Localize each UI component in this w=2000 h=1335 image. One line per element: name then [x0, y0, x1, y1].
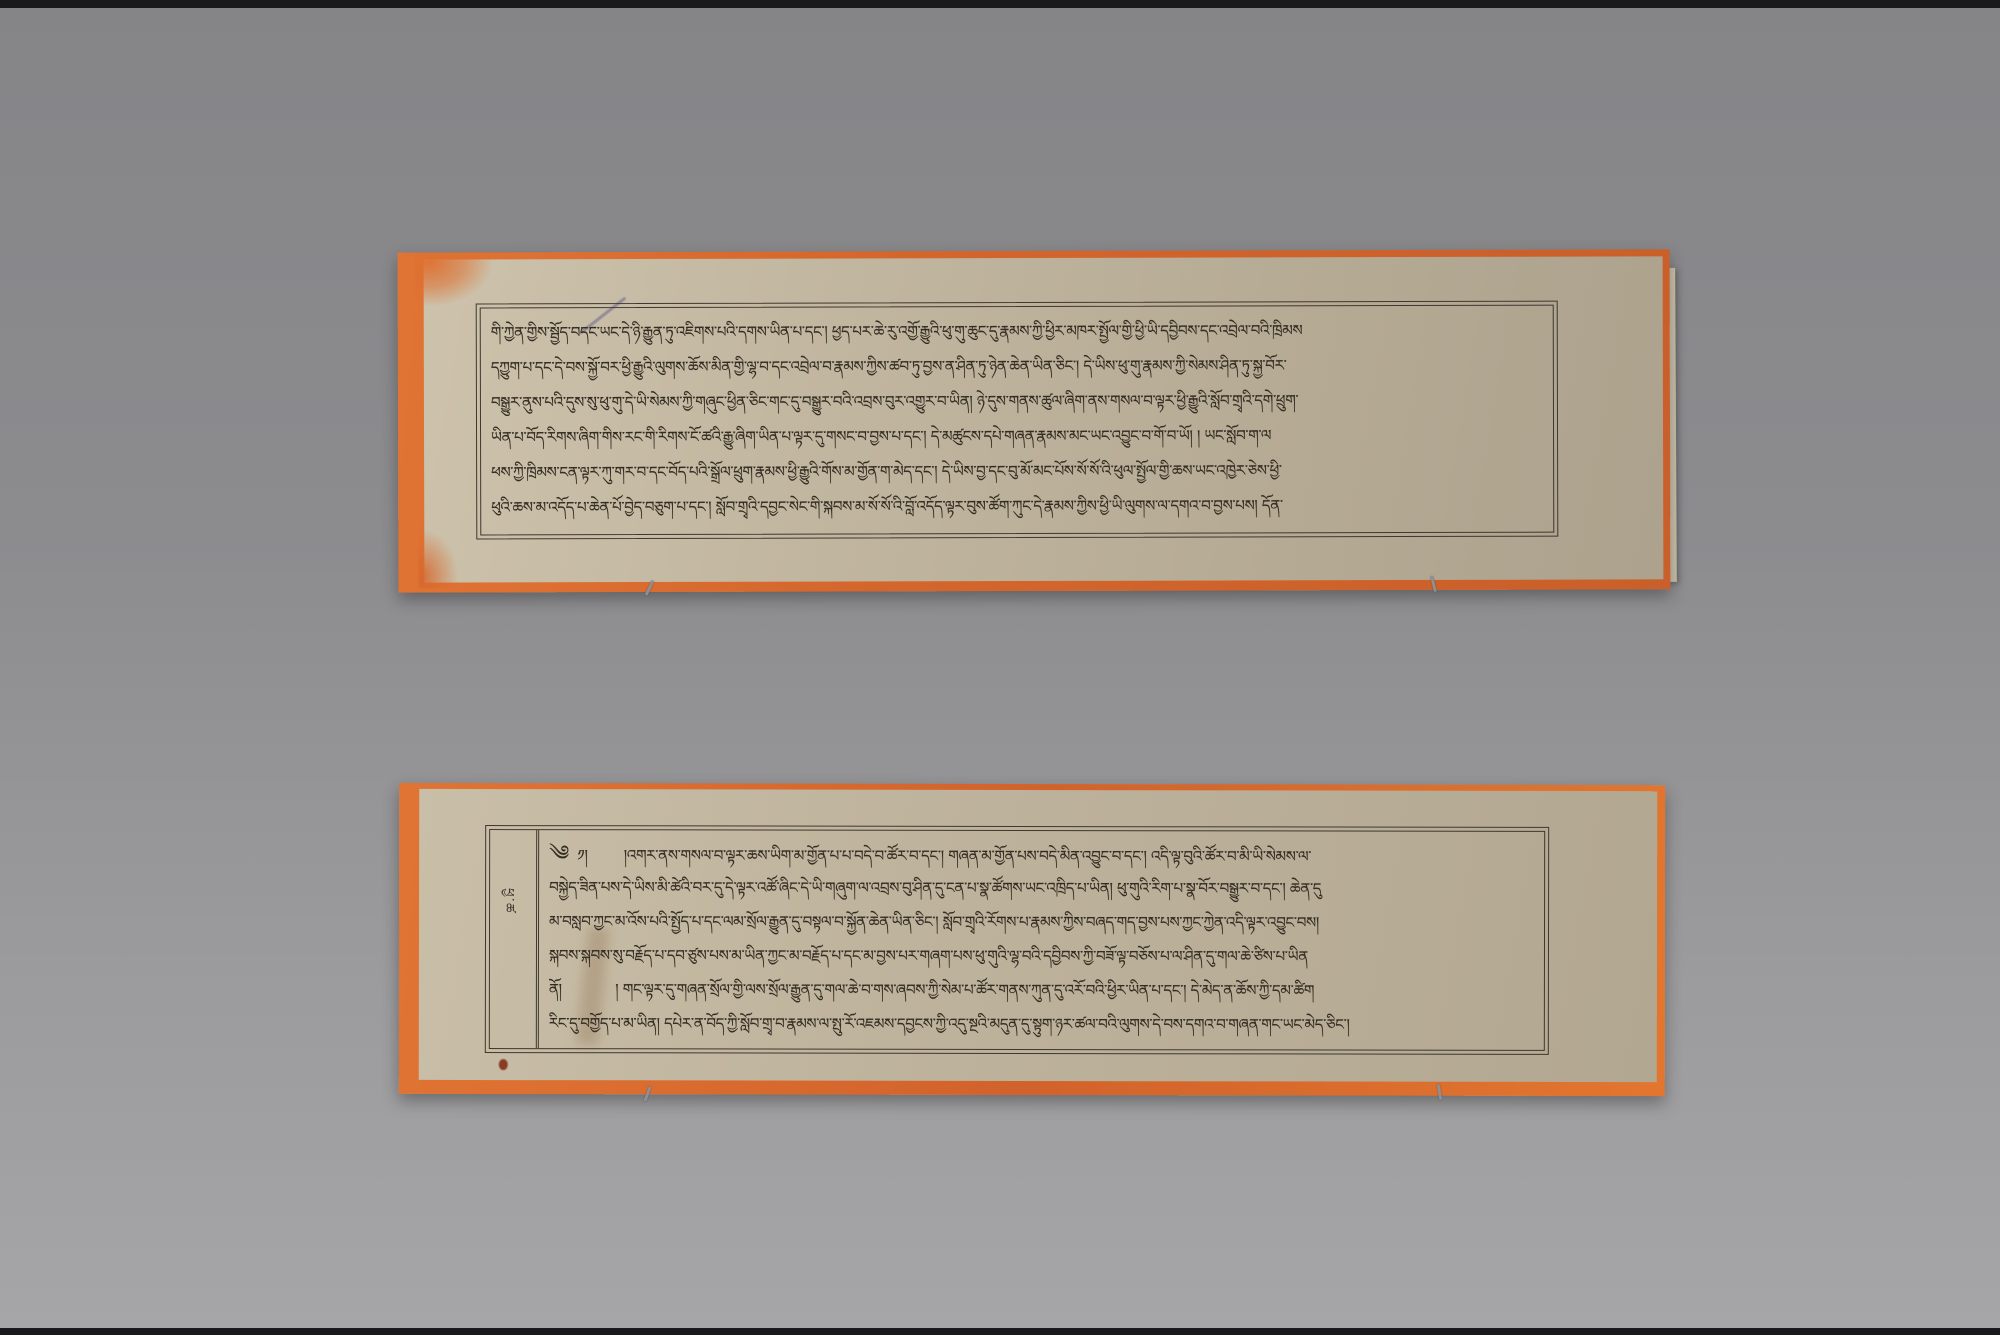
- text-line: ནོ། ། གང་ལྟར་དུ་གཞན་སྲོལ་གྱི་ལས་སྲོལ་རྒྱ…: [549, 972, 1534, 1008]
- orange-paint-blotch: [418, 529, 458, 589]
- top-folio-paper: གི་ཀྱེན་གྱིས་སྦྱོད་བདང་ཡང་དེ་ཉི་རྒྱུན་ཏུ…: [424, 256, 1664, 582]
- orange-paint-blotch: [416, 253, 492, 305]
- bottom-folio-text-frame: ཕྱ་ཚ ༄༡།།འགར་ནས་གསལ་བ་ལྟར་ཆས་ཡིག་མ་གྱོན་…: [485, 825, 1549, 1055]
- text-line: བསྐྱེད་ཟིན་པས་དེ་ཡིས་མི་ཚེའི་བར་དུ་དེ་ལྟ…: [549, 870, 1534, 906]
- bottom-folio-paper: ཕྱ་ཚ ༄༡།།འགར་ནས་གསལ་བ་ལྟར་ཆས་ཡིག་མ་གྱོན་…: [419, 789, 1658, 1082]
- text-line: གི་ཀྱེན་གྱིས་སྦྱོད་བདང་ཡང་དེ་ཉི་རྒྱུན་ཏུ…: [491, 313, 1543, 351]
- photo-bottom-bar: [0, 1328, 2000, 1335]
- text-line: ཡིན་པ་བོད་རིགས་ཞིག་གིས་རང་གི་རིགས་ངོ་ཚའི…: [491, 418, 1543, 456]
- top-folio-text-frame: གི་ཀྱེན་གྱིས་སྦྱོད་བདང་ཡང་དེ་ཉི་རྒྱུན་ཏུ…: [476, 301, 1559, 540]
- bottom-folio-text-frame-inner: ཕྱ་ཚ ༄༡།།འགར་ནས་གསལ་བ་ལྟར་ཆས་ཡིག་མ་གྱོན་…: [489, 829, 1545, 1051]
- margin-cell: ཕྱ་ཚ: [490, 830, 539, 1048]
- red-ink-spot: [499, 1059, 508, 1070]
- head-numeral: ༡།: [577, 846, 588, 864]
- text-line-first: ༄༡།།འགར་ནས་གསལ་བ་ལྟར་ཆས་ཡིག་མ་གྱོན་པ་པ་བ…: [549, 836, 1534, 872]
- top-folio-text-frame-inner: གི་ཀྱེན་གྱིས་སྦྱོད་བདང་ཡང་དེ་ཉི་རྒྱུན་ཏུ…: [480, 305, 1555, 536]
- text-line: རིང་དུ་བགྱོད་པ་མ་ཡིན། དཔེར་ན་བོད་ཀྱི་སློ…: [549, 1006, 1534, 1042]
- bottom-folio-text-block: ༄༡།།འགར་ནས་གསལ་བ་ལྟར་ཆས་ཡིག་མ་གྱོན་པ་པ་བ…: [539, 830, 1544, 1050]
- text-line-content: །འགར་ནས་གསལ་བ་ལྟར་ཆས་ཡིག་མ་གྱོན་པ་པ་བདེ་…: [624, 846, 1311, 865]
- yig-mgo-ornament: ༄: [549, 841, 569, 865]
- photo-top-bar: [0, 0, 2000, 8]
- top-folio-text-block: གི་ཀྱེན་གྱིས་སྦྱོད་བདང་ཡང་དེ་ཉི་རྒྱུན་ཏུ…: [491, 313, 1544, 528]
- text-line: ཕུའི་ཆས་མ་འདོད་པ་ཆེན་པོ་བྱེད་བཅུག་པ་དང་།…: [491, 488, 1543, 526]
- text-line: སྐབས་སྐབས་སུ་བརྗོད་པ་དབ་ཙུས་པས་མ་ཡིན་ཀྱང…: [549, 938, 1534, 974]
- bottom-folio: ཕྱ་ཚ ༄༡།།འགར་ནས་གསལ་བ་ལྟར་ཆས་ཡིག་མ་གྱོན་…: [399, 783, 1666, 1096]
- text-line: ཕས་ཀྱི་ཁྲིམས་ངན་ལྟར་ཀུ་གར་བ་དང་བོད་པའི་ས…: [491, 453, 1543, 491]
- top-folio: གི་ཀྱེན་གྱིས་སྦྱོད་བདང་ཡང་དེ་ཉི་རྒྱུན་ཏུ…: [398, 249, 1671, 592]
- text-line: དཀྱུག་པ་དང་དེ་བས་སྐྱོ་བར་ཕྱི་རྒྱུའི་ལུགས…: [491, 348, 1543, 386]
- text-line: བསྒྱུར་ནུས་པའི་དུས་སུ་ཕུ་གུ་དེ་ཡི་སེམས་ཀ…: [491, 383, 1543, 421]
- margin-label: ཕྱ་ཚ: [487, 888, 524, 914]
- text-line: མ་བསླབ་ཀྱང་མ་འོས་པའི་སྤྱོད་པ་དང་ལམ་སྲོལ་…: [549, 904, 1534, 940]
